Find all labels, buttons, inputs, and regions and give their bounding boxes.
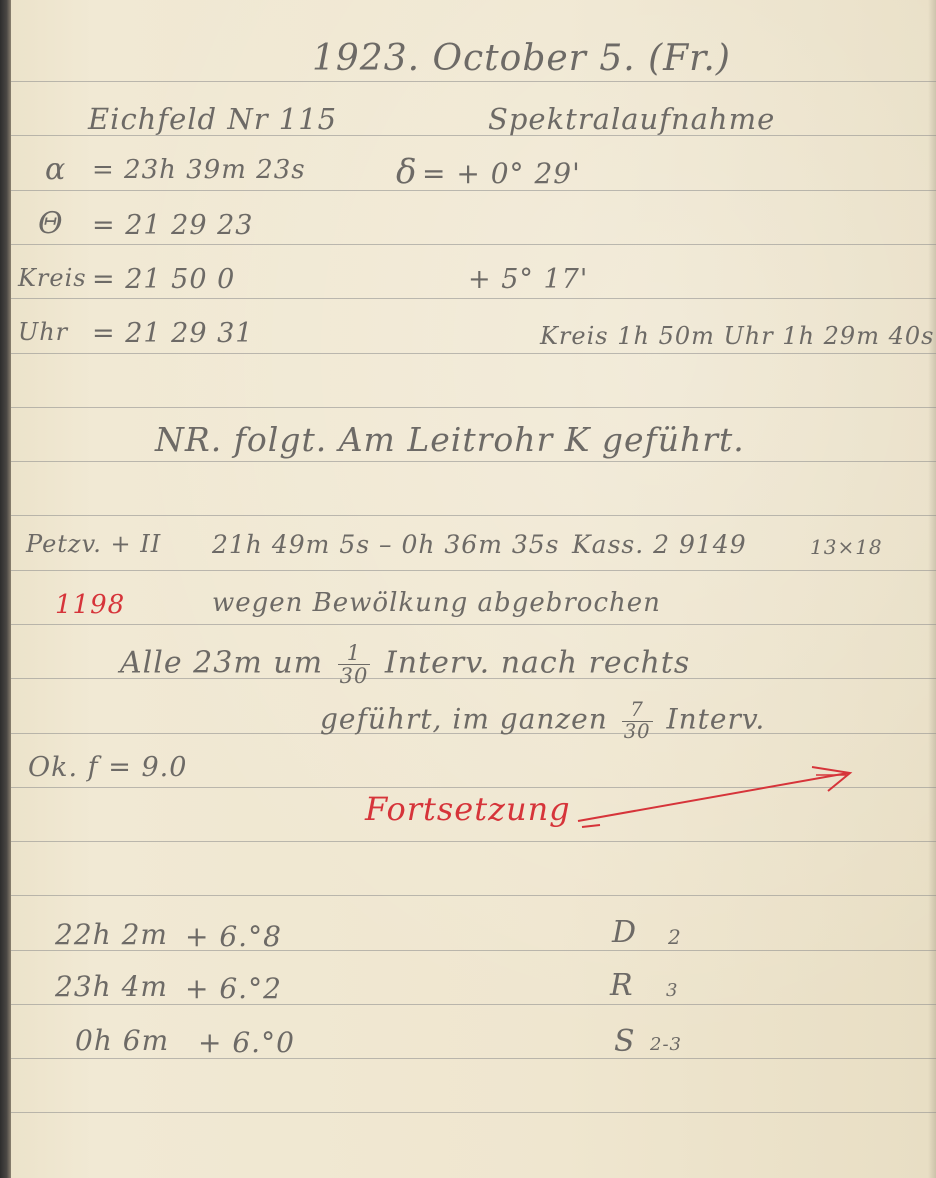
condition-value: 3 [666,980,678,1001]
reading-value: + 6.°8 [185,920,282,953]
continuation-arrow-icon [570,765,860,835]
alpha-value: = 23h 39m 23s [92,155,306,185]
continuation-label: Fortsetzung [365,790,571,828]
subject-title: Spektralaufnahme [488,102,775,136]
ruled-line [11,244,936,245]
ruled-line [11,298,936,299]
fraction-numerator: 1 [338,642,371,665]
notebook-page: 1923. October 5. (Fr.) Eichfeld Nr 115 S… [0,0,936,1178]
ocular-focal-length: Ok. f = 9.0 [28,752,187,783]
plate-format: 13×18 [810,535,883,559]
notebook-binding [0,0,11,1178]
shift-note-suffix: Interv. nach rechts [385,646,690,681]
ruled-line [11,895,936,896]
fraction-denominator: 30 [338,665,371,687]
plate-number: 1198 [55,590,125,620]
delta-label: δ [396,152,417,192]
ruled-line [11,353,936,354]
theta-value: = 21 29 23 [92,210,253,241]
fraction-seven-thirtieths: 7 30 [622,700,653,742]
condition-value: 2-3 [650,1034,682,1055]
guiding-note: NR. folgt. Am Leitrohr K geführt. [155,420,745,459]
ruled-line [11,461,936,462]
ruled-line [11,841,936,842]
condition-symbol: R [610,968,634,1003]
shift-note-line-2: geführt, im ganzen 7 30 Interv. [320,700,765,742]
kreis-declination: + 5° 17' [468,264,588,295]
kreis-uhr-note: Kreis 1h 50m Uhr 1h 29m 40s [540,322,934,350]
fraction-numerator: 7 [622,700,653,722]
reading-time: 0h 6m [75,1024,169,1057]
ruled-line [11,1112,936,1113]
shift-note-prefix: geführt, im ganzen [320,703,608,736]
page-edge-shadow [928,0,936,1178]
condition-symbol: D [612,915,637,950]
ruled-line [11,407,936,408]
uhr-value: = 21 29 31 [92,318,253,349]
ruled-line [11,190,936,191]
field-name: Eichfeld Nr 115 [88,102,337,136]
abort-note: wegen Bewölkung abgebrochen [212,588,661,618]
ruled-line [11,1058,936,1059]
alpha-label: α [45,152,66,187]
uhr-label: Uhr [18,318,68,346]
fraction-one-thirtieth: 1 30 [338,642,371,687]
ruled-line [11,570,936,571]
kreis-label: Kreis [18,264,87,292]
reading-value: + 6.°0 [198,1026,295,1059]
plate-label: Petzv. + II [26,530,161,558]
theta-label: Θ [38,206,64,241]
delta-value: = + 0° 29' [422,157,581,190]
ruled-line [11,515,936,516]
condition-value: 2 [668,925,682,949]
ruled-line [11,81,936,82]
kreis-value: = 21 50 0 [92,264,235,295]
fraction-denominator: 30 [622,722,653,743]
shift-note-suffix: Interv. [667,703,766,736]
cassette-id: Kass. 2 9149 [572,530,747,559]
reading-time: 23h 4m [55,970,168,1003]
shift-note-prefix: Alle 23m um [120,646,323,681]
reading-time: 22h 2m [55,918,168,951]
reading-value: + 6.°2 [185,972,282,1005]
exposure-time-range: 21h 49m 5s – 0h 36m 35s [212,530,560,559]
ruled-line [11,624,936,625]
condition-symbol: S [614,1024,636,1059]
shift-note-line-1: Alle 23m um 1 30 Interv. nach rechts [120,642,690,687]
entry-date: 1923. October 5. (Fr.) [312,38,731,79]
ruled-line [11,1004,936,1005]
